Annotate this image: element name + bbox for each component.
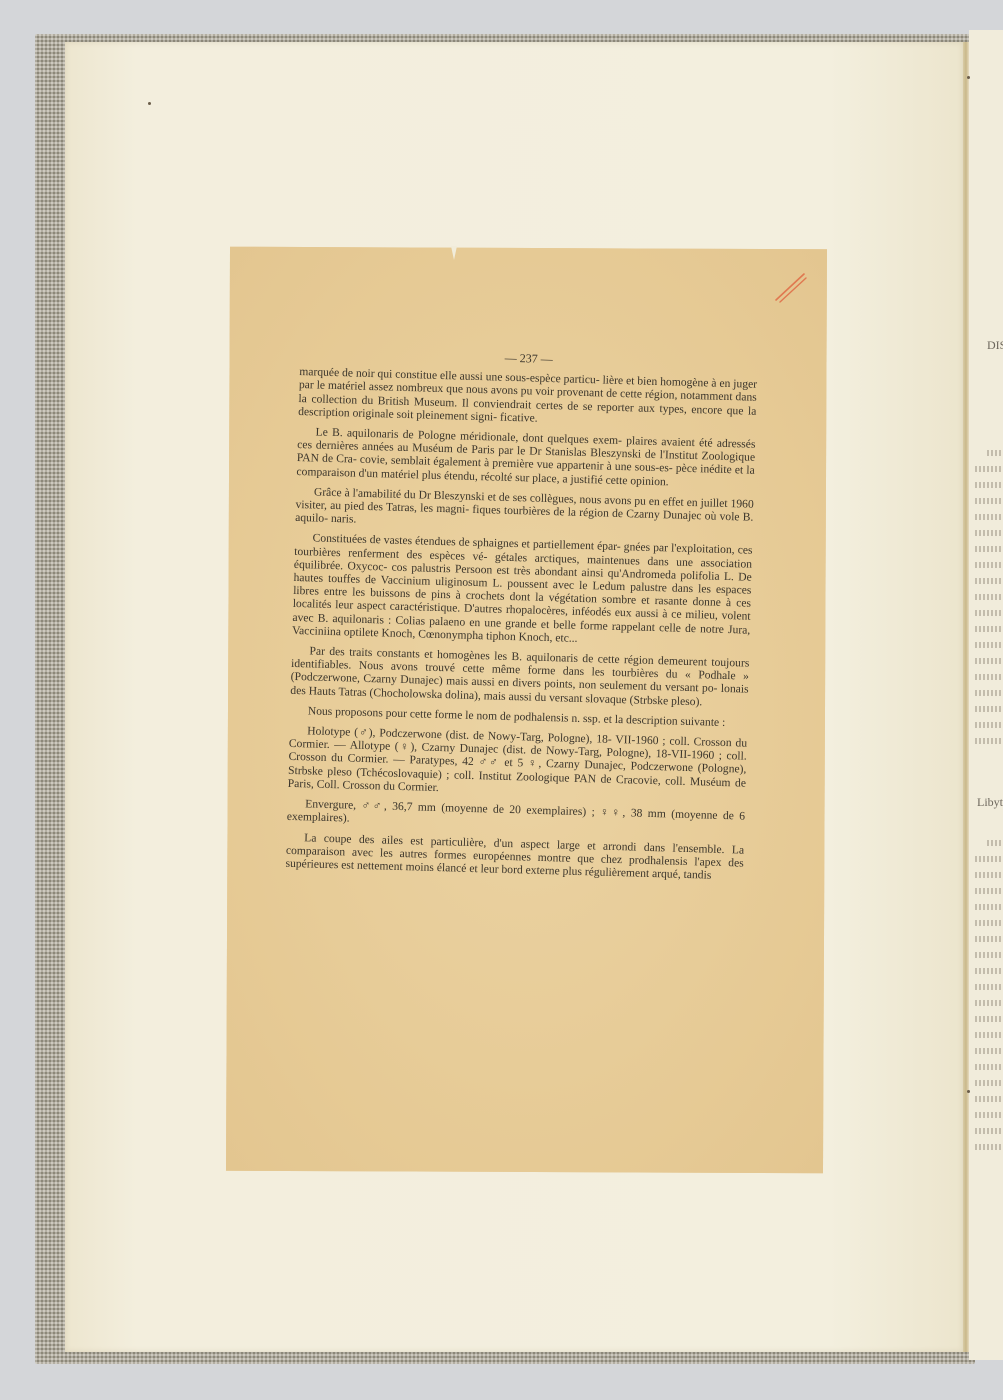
paragraph: marquée de noir qui constitue elle aussi…	[298, 365, 757, 431]
clipping-text: — 237 — marquée de noir qui constitue el…	[285, 346, 758, 890]
paragraph: La coupe des ailes est particulière, d'u…	[285, 830, 744, 882]
paragraph: Constituées de vastes étendues de sphaig…	[292, 531, 753, 649]
paragraph: Envergure, ♂♂, 36,7 mm (moyenne de 20 ex…	[287, 797, 746, 836]
facing-page-heading: DISC	[987, 338, 1003, 353]
speck	[148, 102, 151, 105]
pencil-mark-icon	[770, 268, 810, 308]
speck	[967, 76, 970, 79]
paragraph: Holotype (♂), Podczerwone (dist. de Nowy…	[288, 724, 748, 803]
paragraph: Grâce à l'amabilité du Dr Bleszynski et …	[295, 485, 754, 537]
paragraph: Par des traits constants et homogènes le…	[290, 644, 749, 710]
paragraph: Le B. aquilonaris de Pologne méridionale…	[296, 425, 755, 491]
clipping-tear	[451, 246, 457, 260]
facing-page-edge: DISC Libyt	[969, 30, 1003, 1360]
speck	[967, 1090, 970, 1093]
facing-page-subheading: Libyt	[977, 795, 1003, 810]
